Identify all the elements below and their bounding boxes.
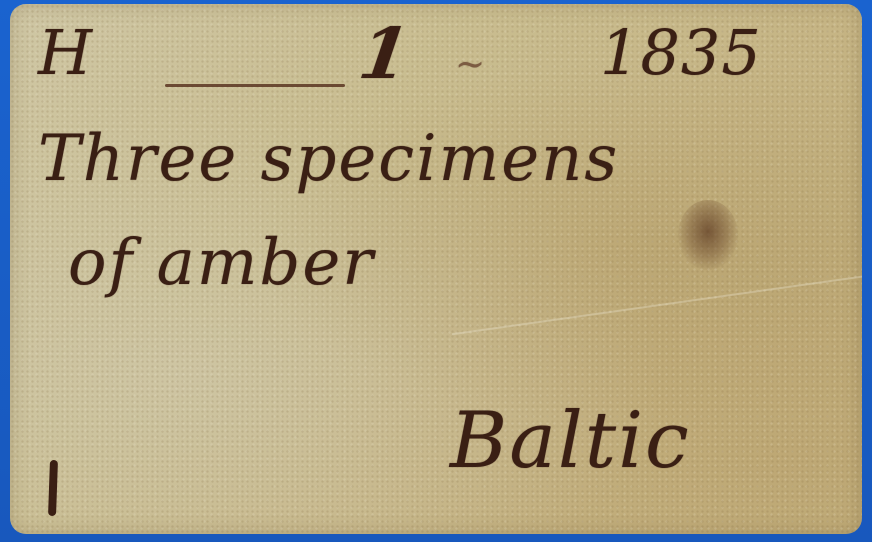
label-year: 1835 <box>600 16 762 89</box>
label-abbreviation: ~ <box>455 44 486 85</box>
label-description-line2: of amber <box>68 226 375 300</box>
specimen-label-card: H 1 ~ 1835 Three specimens of amber Balt… <box>10 4 862 534</box>
tally-mark <box>48 460 58 516</box>
label-origin: Baltic <box>450 396 691 486</box>
photo-background: H 1 ~ 1835 Three specimens of amber Balt… <box>0 0 872 542</box>
label-underline-rule <box>165 84 345 87</box>
label-initial: H <box>38 16 93 89</box>
label-description-line1: Three specimens <box>38 122 619 196</box>
paper-crease <box>452 275 862 335</box>
label-day: 1 <box>354 12 415 95</box>
ink-stain <box>678 200 738 270</box>
